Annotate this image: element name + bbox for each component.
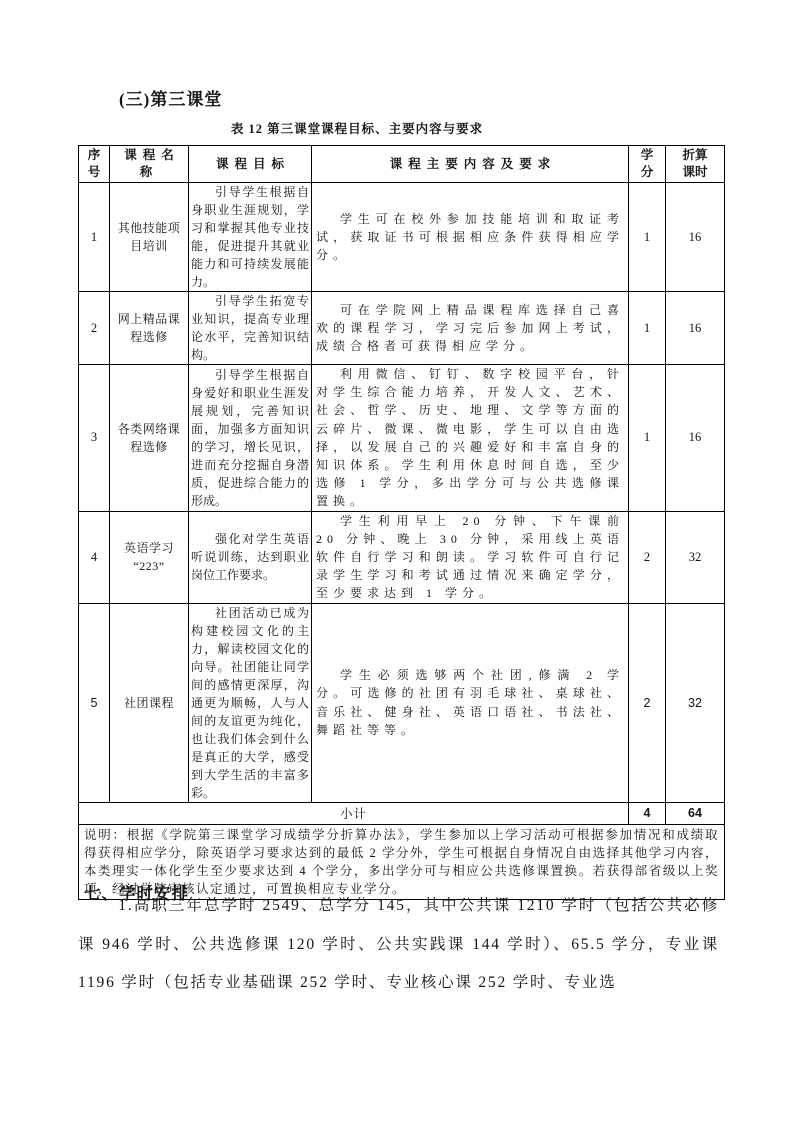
goal-text: 社团活动已成为构建校园文化的主力，解读校园文化的向导。社团能让同学间的感情更深厚…: [189, 604, 311, 802]
header-course-content: 课程主要内容及要求: [312, 146, 629, 183]
cell-hours: 16: [666, 183, 725, 292]
table-header-row: 序 号 课程名称 课程目标 课程主要内容及要求 学 分 折算 课时: [79, 146, 725, 183]
subtotal-credit: 4: [629, 802, 666, 824]
subtotal-hours: 64: [666, 802, 725, 824]
cell-credit: 2: [629, 511, 666, 603]
cell-hours: 16: [666, 365, 725, 512]
goal-text: 引导学生根据自身职业生涯规划，学习和掌握其他专业技能，促进提升其就业能力和可持续…: [189, 183, 311, 291]
cell-no: 3: [79, 365, 110, 512]
cell-no: 2: [79, 292, 110, 365]
header-credit: 学 分: [629, 146, 666, 183]
content-text: 学生利用早上 20 分钟、下午课前 20 分钟、晚上 30 分钟，采用线上英语软…: [312, 512, 628, 603]
cell-course-name: 社团课程: [110, 603, 189, 802]
header-hours: 折算 课时: [666, 146, 725, 183]
header-course-goal: 课程目标: [189, 146, 312, 183]
cell-course-goal: 引导学生拓宽专业知识，提高专业理论水平，完善知识结构。: [189, 292, 312, 365]
document-page: (三)第三课堂 表 12 第三课堂课程目标、主要内容与要求 序 号 课程名称 课…: [0, 0, 793, 1122]
cell-course-goal: 社团活动已成为构建校园文化的主力，解读校园文化的向导。社团能让同学间的感情更深厚…: [189, 603, 312, 802]
section-heading-third-classroom: (三)第三课堂: [119, 85, 222, 110]
header-no: 序 号: [79, 146, 110, 183]
cell-course-content: 可在学院网上精品课程库选择自己喜欢的课程学习，学习完后参加网上考试，成绩合格者可…: [312, 292, 629, 365]
content-text: 学生必须选够两个社团,修满 2 学分。可选修的社团有羽毛球社、桌球社、音乐社、健…: [312, 666, 628, 739]
table-row: 2 网上精品课 程选修 引导学生拓宽专业知识，提高专业理论水平，完善知识结构。 …: [79, 292, 725, 365]
cell-no: 4: [79, 511, 110, 603]
cell-credit: 1: [629, 365, 666, 512]
table-row: 1 其他技能项 目培训 引导学生根据自身职业生涯规划，学习和掌握其他专业技能，促…: [79, 183, 725, 292]
cell-course-content: 利用微信、钉钉、数字校园平台，针对学生综合能力培养，开发人文、艺术、社会、哲学、…: [312, 365, 629, 512]
cell-course-content: 学生利用早上 20 分钟、下午课前 20 分钟、晚上 30 分钟，采用线上英语软…: [312, 511, 629, 603]
cell-credit: 2: [629, 603, 666, 802]
table-row: 4 英语学习 “223” 强化对学生英语听说训练，达到职业岗位工作要求。 学生利…: [79, 511, 725, 603]
table-row: 5 社团课程 社团活动已成为构建校园文化的主力，解读校园文化的向导。社团能让同学…: [79, 603, 725, 802]
goal-text: 强化对学生英语听说训练，达到职业岗位工作要求。: [189, 530, 311, 584]
content-text: 学生可在校外参加技能培训和取证考试，获取证书可根据相应条件获得相应学分。: [312, 210, 628, 265]
cell-hours: 32: [666, 603, 725, 802]
cell-course-name: 网上精品课 程选修: [110, 292, 189, 365]
content-text: 可在学院网上精品课程库选择自己喜欢的课程学习，学习完后参加网上考试，成绩合格者可…: [312, 301, 628, 356]
table-row: 3 各类网络课 程选修 引导学生根据自身爱好和职业生涯发展规划，完善知识面，加强…: [79, 365, 725, 512]
header-course-name: 课程名称: [110, 146, 189, 183]
cell-course-content: 学生必须选够两个社团,修满 2 学分。可选修的社团有羽毛球社、桌球社、音乐社、健…: [312, 603, 629, 802]
table-caption: 表 12 第三课堂课程目标、主要内容与要求: [78, 119, 724, 137]
cell-hours: 16: [666, 292, 725, 365]
hours-arrangement-paragraph: 1.高职三年总学时 2549、总学分 145，其中公共课 1210 学时（包括公…: [78, 887, 719, 1003]
cell-hours: 32: [666, 511, 725, 603]
cell-no: 5: [79, 603, 110, 802]
cell-course-content: 学生可在校外参加技能培训和取证考试，获取证书可根据相应条件获得相应学分。: [312, 183, 629, 292]
content-text: 利用微信、钉钉、数字校园平台，针对学生综合能力培养，开发人文、艺术、社会、哲学、…: [312, 365, 628, 511]
cell-credit: 1: [629, 183, 666, 292]
cell-course-name: 各类网络课 程选修: [110, 365, 189, 512]
cell-credit: 1: [629, 292, 666, 365]
cell-course-name: 其他技能项 目培训: [110, 183, 189, 292]
cell-course-goal: 强化对学生英语听说训练，达到职业岗位工作要求。: [189, 511, 312, 603]
cell-course-goal: 引导学生根据自身职业生涯规划，学习和掌握其他专业技能，促进提升其就业能力和可持续…: [189, 183, 312, 292]
cell-course-name: 英语学习 “223”: [110, 511, 189, 603]
subtotal-label: 小计: [79, 802, 629, 824]
cell-course-goal: 引导学生根据自身爱好和职业生涯发展规划，完善知识面，加强多方面知识的学习，增长见…: [189, 365, 312, 512]
goal-text: 引导学生根据自身爱好和职业生涯发展规划，完善知识面，加强多方面知识的学习，增长见…: [189, 366, 311, 510]
cell-no: 1: [79, 183, 110, 292]
goal-text: 引导学生拓宽专业知识，提高专业理论水平，完善知识结构。: [189, 292, 311, 364]
third-classroom-course-table: 序 号 课程名称 课程目标 课程主要内容及要求 学 分 折算 课时 1 其他技能…: [78, 145, 725, 900]
subtotal-row: 小计 4 64: [79, 802, 725, 824]
